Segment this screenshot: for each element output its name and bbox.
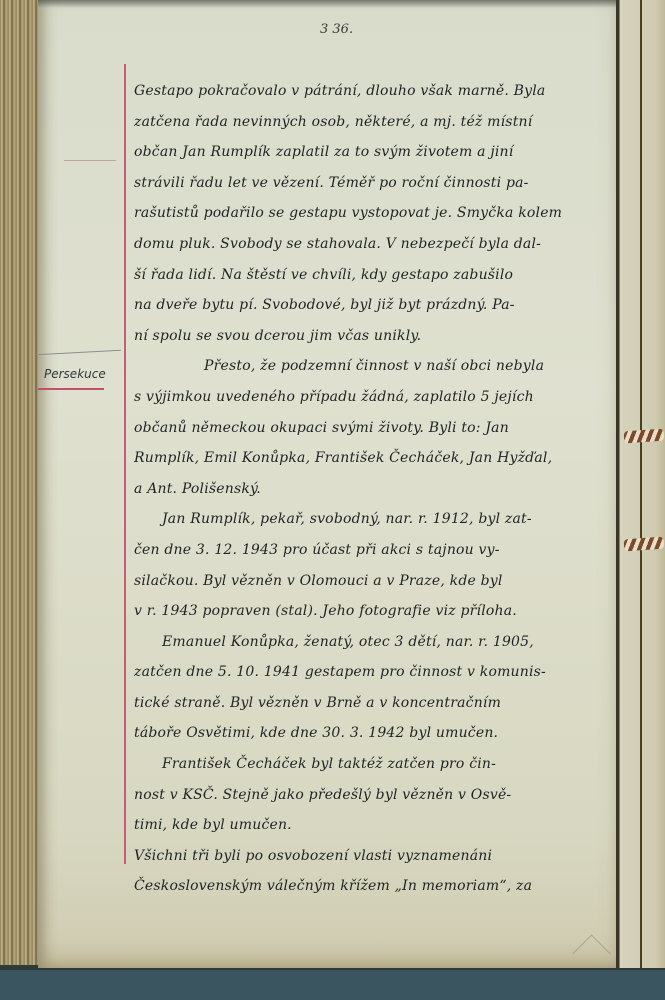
text-line: František Čecháček byl taktéž zatčen pro… (134, 749, 604, 780)
text-line: rašutistů podařilo se gestapu vystopovat… (134, 198, 604, 229)
page-stack-edge (0, 0, 40, 965)
text-line: timi, kde byl umučen. (134, 810, 604, 841)
text-line: domu pluk. Svobody se stahovala. V nebez… (134, 229, 604, 260)
handwritten-text: Gestapo pokračovalo v pátrání, dlouho vš… (134, 76, 604, 902)
text-line: silačkou. Byl vězněn v Olomouci a v Praz… (134, 566, 604, 597)
text-line: Rumplík, Emil Konůpka, František Čecháče… (134, 443, 604, 474)
text-line: Jan Rumplík, pekař, svobodný, nar. r. 19… (134, 504, 604, 535)
page-number: 3 36. (320, 22, 353, 37)
text-line: s výjimkou uvedeného případu žádná, zapl… (134, 382, 604, 413)
text-line: Všichni tři byli po osvobození vlasti vy… (134, 841, 604, 872)
text-line: občan Jan Rumplík zaplatil za to svým ži… (134, 137, 604, 168)
text-line: Přesto, že podzemní činnost v naší obci … (134, 351, 604, 382)
text-line: čen dne 3. 12. 1943 pro účast při akci s… (134, 535, 604, 566)
text-line: nost v KSČ. Stejně jako předešlý byl věz… (134, 780, 604, 811)
text-line: ší řada lidí. Na štěstí ve chvíli, kdy g… (134, 260, 604, 291)
text-line: Československým válečným křížem „In memo… (134, 871, 604, 902)
text-line: zatčena řada nevinných osob, některé, a … (134, 107, 604, 138)
text-line: Gestapo pokračovalo v pátrání, dlouho vš… (134, 76, 604, 107)
binding-spine (640, 0, 642, 968)
text-line: v r. 1943 popraven (stal). Jeho fotograf… (134, 596, 604, 627)
text-line: občanů německou okupaci svými životy. By… (134, 413, 604, 444)
text-line: Emanuel Konůpka, ženatý, otec 3 dětí, na… (134, 627, 604, 658)
margin-pencil-mark (64, 160, 116, 161)
text-line: tické straně. Byl vězněn v Brně a v konc… (134, 688, 604, 719)
text-line: na dveře bytu pí. Svobodové, byl již byt… (134, 290, 604, 321)
page-top-shadow (38, 0, 618, 8)
margin-heading: Persekuce (44, 367, 106, 381)
text-line: ní spolu se svou dcerou jim včas unikly. (134, 321, 604, 352)
text-line: zatčen dne 5. 10. 1941 gestapem pro činn… (134, 657, 604, 688)
margin-rule (124, 64, 126, 864)
text-line: táboře Osvětimi, kde dne 30. 3. 1942 byl… (134, 718, 604, 749)
margin-heading-underline (38, 388, 104, 390)
text-line: strávili řadu let ve vězení. Téměř po ro… (134, 168, 604, 199)
text-line: a Ant. Polišenský. (134, 474, 604, 505)
